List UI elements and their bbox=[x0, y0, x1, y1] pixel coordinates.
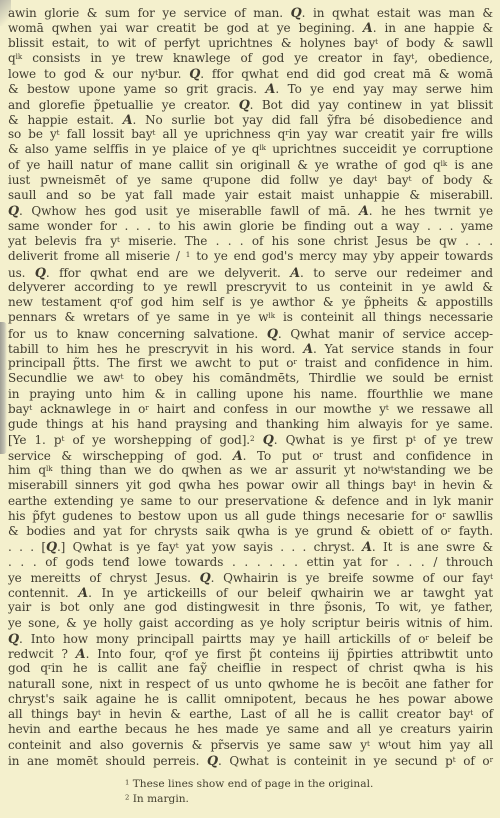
superscript: r bbox=[145, 403, 148, 412]
text-line: & also yame selffis in ye plaice of ye q… bbox=[8, 142, 493, 157]
blackletter-initial: A bbox=[359, 203, 369, 218]
superscript: t bbox=[57, 128, 60, 137]
superscript: t bbox=[411, 52, 414, 61]
blackletter-initial: Q bbox=[267, 326, 278, 341]
superscript: r bbox=[425, 633, 428, 642]
text-line: contennit. A. In ye artickeills of our b… bbox=[8, 585, 493, 600]
blackletter-initial: A bbox=[266, 81, 276, 96]
superscript: r bbox=[210, 174, 213, 183]
superscript: r bbox=[172, 648, 175, 657]
superscript: lk bbox=[16, 52, 23, 61]
text-line: bayt acknawlege in or hairt and confess … bbox=[8, 402, 493, 417]
superscript: r bbox=[442, 510, 445, 519]
text-line: & bodies and yat for chrysts saik qwha i… bbox=[8, 524, 493, 539]
text-line: blissit estait, to wit of perfyt upricht… bbox=[8, 36, 493, 51]
superscript: t bbox=[367, 739, 370, 748]
superscript: t bbox=[470, 708, 473, 717]
text-line: new testament qrof god him self is ye aw… bbox=[8, 295, 493, 310]
text-line: saull and so be yat fall made yair estai… bbox=[8, 188, 493, 203]
text-line: miserabill sinners yit god qwha hes powa… bbox=[8, 478, 493, 493]
text-line: him qlk thing than we do qwhen as we ar … bbox=[8, 463, 493, 478]
text-line: Q. Qwhow hes god usit ye miserablle fawl… bbox=[8, 203, 493, 218]
footnote: 1 These lines show end of page in the or… bbox=[125, 777, 373, 792]
blackletter-initial: A bbox=[363, 20, 373, 35]
superscript: lk bbox=[268, 311, 275, 320]
text-line: same wonder for . . . to his awin glorie… bbox=[8, 219, 493, 234]
text-line: service & wirschepping of god. A. To put… bbox=[8, 448, 493, 463]
text-line: all things bayt in hevin & earthe, Last … bbox=[8, 707, 493, 722]
text-line: in ane momēt should perreis. Q. Qwhat is… bbox=[8, 753, 493, 768]
text-line: gude things at his hand praysing and tha… bbox=[8, 417, 493, 432]
superscript: r bbox=[293, 357, 296, 366]
text-line: in praying unto him & in calling upone h… bbox=[8, 387, 493, 402]
superscript: t bbox=[409, 174, 412, 183]
superscript: t bbox=[374, 174, 377, 183]
text-line: of ye haill natur of mane callit sin ori… bbox=[8, 158, 493, 173]
text-line: & bestow upone yame so grit gracis. A. T… bbox=[8, 81, 493, 96]
text-line: awin glorie & sum for ye service of man.… bbox=[8, 5, 493, 20]
text-line: . . . of gods tenđ lowe towards . . . . … bbox=[8, 555, 493, 570]
blackletter-initial: A bbox=[78, 585, 88, 600]
blackletter-initial: A bbox=[303, 341, 313, 356]
blackletter-initial: Q bbox=[291, 5, 302, 20]
text-line: pennars & wretars of ye same in ye wlk i… bbox=[8, 310, 493, 325]
superscript: t bbox=[388, 739, 391, 748]
text-line: ye mereitts of chryst Jesus. Q. Qwhairin… bbox=[8, 570, 493, 585]
superscript: 2 bbox=[125, 793, 129, 801]
blackletter-initial: A bbox=[233, 448, 243, 463]
book-page: awin glorie & sum for ye service of man.… bbox=[0, 0, 500, 818]
text-line: chryst's saik againe he is callit omnipo… bbox=[8, 692, 493, 707]
text-line: ye sone, & ye holly gaist according as y… bbox=[8, 616, 493, 631]
superscript: r bbox=[117, 296, 120, 305]
text-line: . . . [Q.] Qwhat is ye fayt yat yow sayi… bbox=[8, 539, 493, 554]
text-line: iust pwneismēt of ye same qrupone did fo… bbox=[8, 173, 493, 188]
text-line: hevin and earthe becaus he hes made ye s… bbox=[8, 722, 493, 737]
superscript: r bbox=[319, 449, 322, 458]
text-line: lowe to god & our nytbur. Q. ffor qwhat … bbox=[8, 66, 493, 81]
blackletter-initial: Q bbox=[35, 265, 46, 280]
text-line: redwcit ? A. Into four, qrof ye first p̃… bbox=[8, 646, 493, 661]
superscript: r bbox=[285, 128, 288, 137]
blackletter-initial: A bbox=[362, 539, 372, 554]
text-line: us. Q. ffor qwhat end are we delyverit. … bbox=[8, 265, 493, 280]
blackletter-initial: A bbox=[290, 265, 300, 280]
scan-edge-shadow bbox=[0, 322, 7, 454]
text-line: tabill to him hes he prescryvit in his w… bbox=[8, 341, 493, 356]
text-line: deliverit frome all miserie / 1 to ye en… bbox=[8, 249, 493, 264]
blackletter-initial: Q bbox=[8, 203, 19, 218]
superscript: t bbox=[413, 479, 416, 488]
text-line: yair is bot only ane god distingwesit in… bbox=[8, 600, 493, 615]
superscript: t bbox=[121, 372, 124, 381]
text-line: earthe extending ye same to our preserva… bbox=[8, 494, 493, 509]
superscript: r bbox=[448, 525, 451, 534]
superscript: t bbox=[29, 403, 32, 412]
superscript: t bbox=[413, 434, 416, 443]
blackletter-initial: Q bbox=[8, 631, 19, 646]
text-line: qlk consists in ye trew knawlege of god … bbox=[8, 51, 493, 66]
text-line: [Ye 1. pt of ye worshepping of god].2 Q.… bbox=[8, 432, 493, 447]
text-line: so be yt fall lossit bayt all ye uprichn… bbox=[8, 127, 493, 142]
superscript: t bbox=[490, 572, 493, 581]
text-line: womā qwhen yai war creatit be god at ye … bbox=[8, 20, 493, 35]
text-line: conteinit and also governis & pr̃servis … bbox=[8, 738, 493, 753]
superscript: t bbox=[176, 541, 179, 550]
superscript: t bbox=[391, 464, 394, 473]
superscript: t bbox=[375, 36, 378, 45]
blackletter-initial: Q bbox=[200, 570, 211, 585]
text-line: & happie estait. A. No surlie bot yay di… bbox=[8, 112, 493, 127]
page-text: awin glorie & sum for ye service of man.… bbox=[8, 5, 493, 768]
text-line: Secundlie we awt to obey his comāndmēts,… bbox=[8, 371, 493, 386]
superscript: t bbox=[386, 403, 389, 412]
superscript: t bbox=[153, 128, 156, 137]
superscript: 1 bbox=[125, 778, 129, 786]
text-line: his p̃fyt gudenes to bestow upon us all … bbox=[8, 509, 493, 524]
superscript: t bbox=[61, 434, 64, 443]
blackletter-initial: A bbox=[123, 112, 133, 127]
text-line: for us to knaw concerning salvatione. Q.… bbox=[8, 326, 493, 341]
blackletter-initial: Q bbox=[189, 66, 200, 81]
superscript: lk bbox=[259, 143, 266, 152]
blackletter-initial: A bbox=[76, 646, 86, 661]
footnotes: 1 These lines show end of page in the or… bbox=[125, 777, 373, 806]
blackletter-initial: Q bbox=[46, 539, 57, 554]
superscript: t bbox=[378, 464, 381, 473]
superscript: r bbox=[490, 755, 493, 764]
text-line: naturall sone, nixt in respect of us unt… bbox=[8, 677, 493, 692]
text-line: and glorefie p̃petuallie ye creator. Q. … bbox=[8, 97, 493, 112]
footnote: 2 In margin. bbox=[125, 792, 373, 807]
text-line: delyverer according to ye rewll prescryv… bbox=[8, 280, 493, 295]
blackletter-initial: Q bbox=[239, 97, 250, 112]
superscript: 1 bbox=[186, 250, 191, 259]
superscript: t bbox=[155, 68, 158, 77]
superscript: lk bbox=[46, 464, 53, 473]
superscript: 2 bbox=[250, 434, 255, 443]
superscript: lk bbox=[441, 158, 448, 167]
text-line: god qrin he is callit ane faỹ cheiflie i… bbox=[8, 661, 493, 676]
blackletter-initial: Q bbox=[263, 432, 274, 447]
text-line: Q. Into how mony principall pairtts may … bbox=[8, 631, 493, 646]
text-line: yat belevis fra yt miserie. The . . . of… bbox=[8, 234, 493, 249]
superscript: t bbox=[453, 755, 456, 764]
text-line: principall p̃tts. The first we awcht to … bbox=[8, 356, 493, 371]
superscript: r bbox=[48, 662, 51, 671]
superscript: t bbox=[117, 235, 120, 244]
blackletter-initial: Q bbox=[207, 753, 218, 768]
superscript: t bbox=[98, 708, 101, 717]
